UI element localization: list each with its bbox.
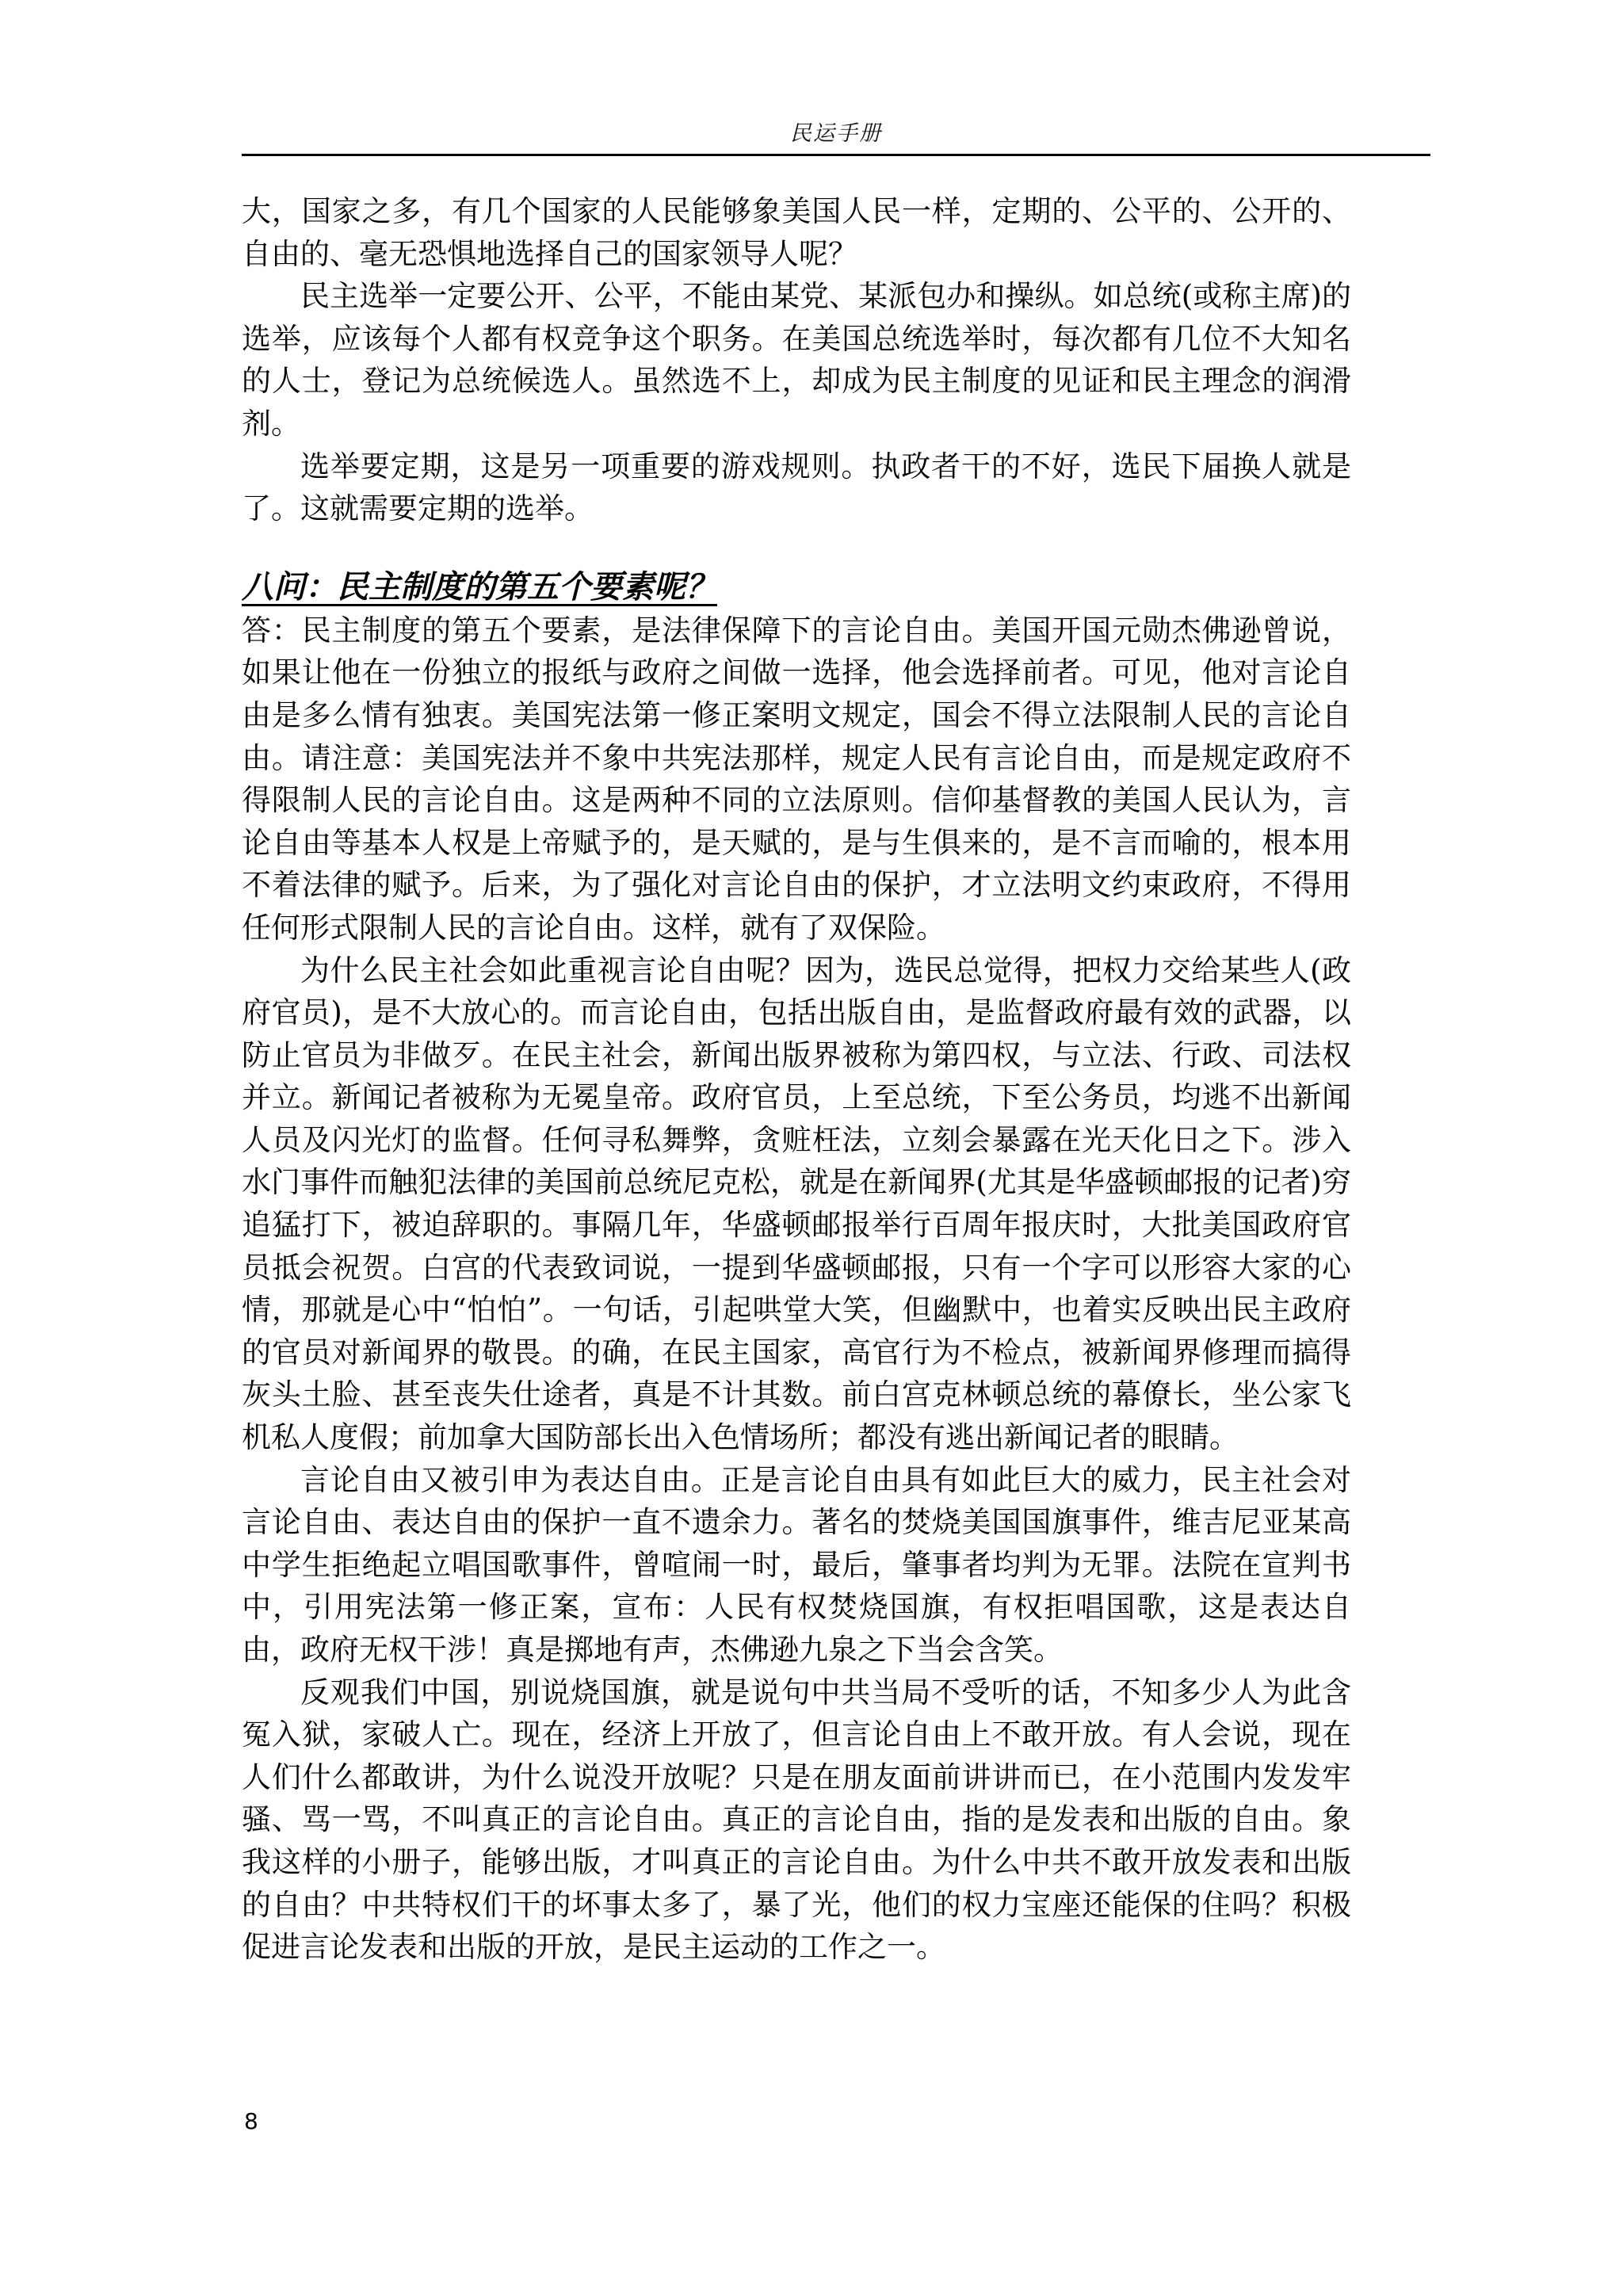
paragraph-continuation: 大，国家之多，有几个国家的人民能够象美国人民一样，定期的、公平的、公开的、自由的… [242, 190, 1351, 275]
answer-paragraph: 答：民主制度的第五个要素，是法律保障下的言论自由。美国开国元勋杰佛逊曾说，如果让… [242, 609, 1351, 949]
paragraph: 选举要定期，这是另一项重要的游戏规则。执政者干的不好，选民下届换人就是了。这就需… [242, 445, 1351, 530]
header-divider [242, 154, 1430, 156]
page-number: 8 [244, 2108, 258, 2134]
paragraph: 民主选举一定要公开、公平，不能由某党、某派包办和操纵。如总统(或称主席)的选举，… [242, 275, 1351, 445]
document-body: 大，国家之多，有几个国家的人民能够象美国人民一样，定期的、公平的、公开的、自由的… [242, 190, 1351, 1969]
section-heading: 八问：民主制度的第五个要素呢？ [242, 565, 717, 609]
paragraph: 言论自由又被引申为表达自由。正是言论自由具有如此巨大的威力，民主社会对言论自由、… [242, 1459, 1351, 1671]
paragraph: 反观我们中国，别说烧国旗，就是说句中共当局不受听的话，不知多少人为此含冤入狱，家… [242, 1671, 1351, 1969]
paragraph: 为什么民主社会如此重视言论自由呢？因为，选民总觉得，把权力交给某些人(政府官员)… [242, 949, 1351, 1459]
running-header-title: 民运手册 [242, 116, 1430, 147]
